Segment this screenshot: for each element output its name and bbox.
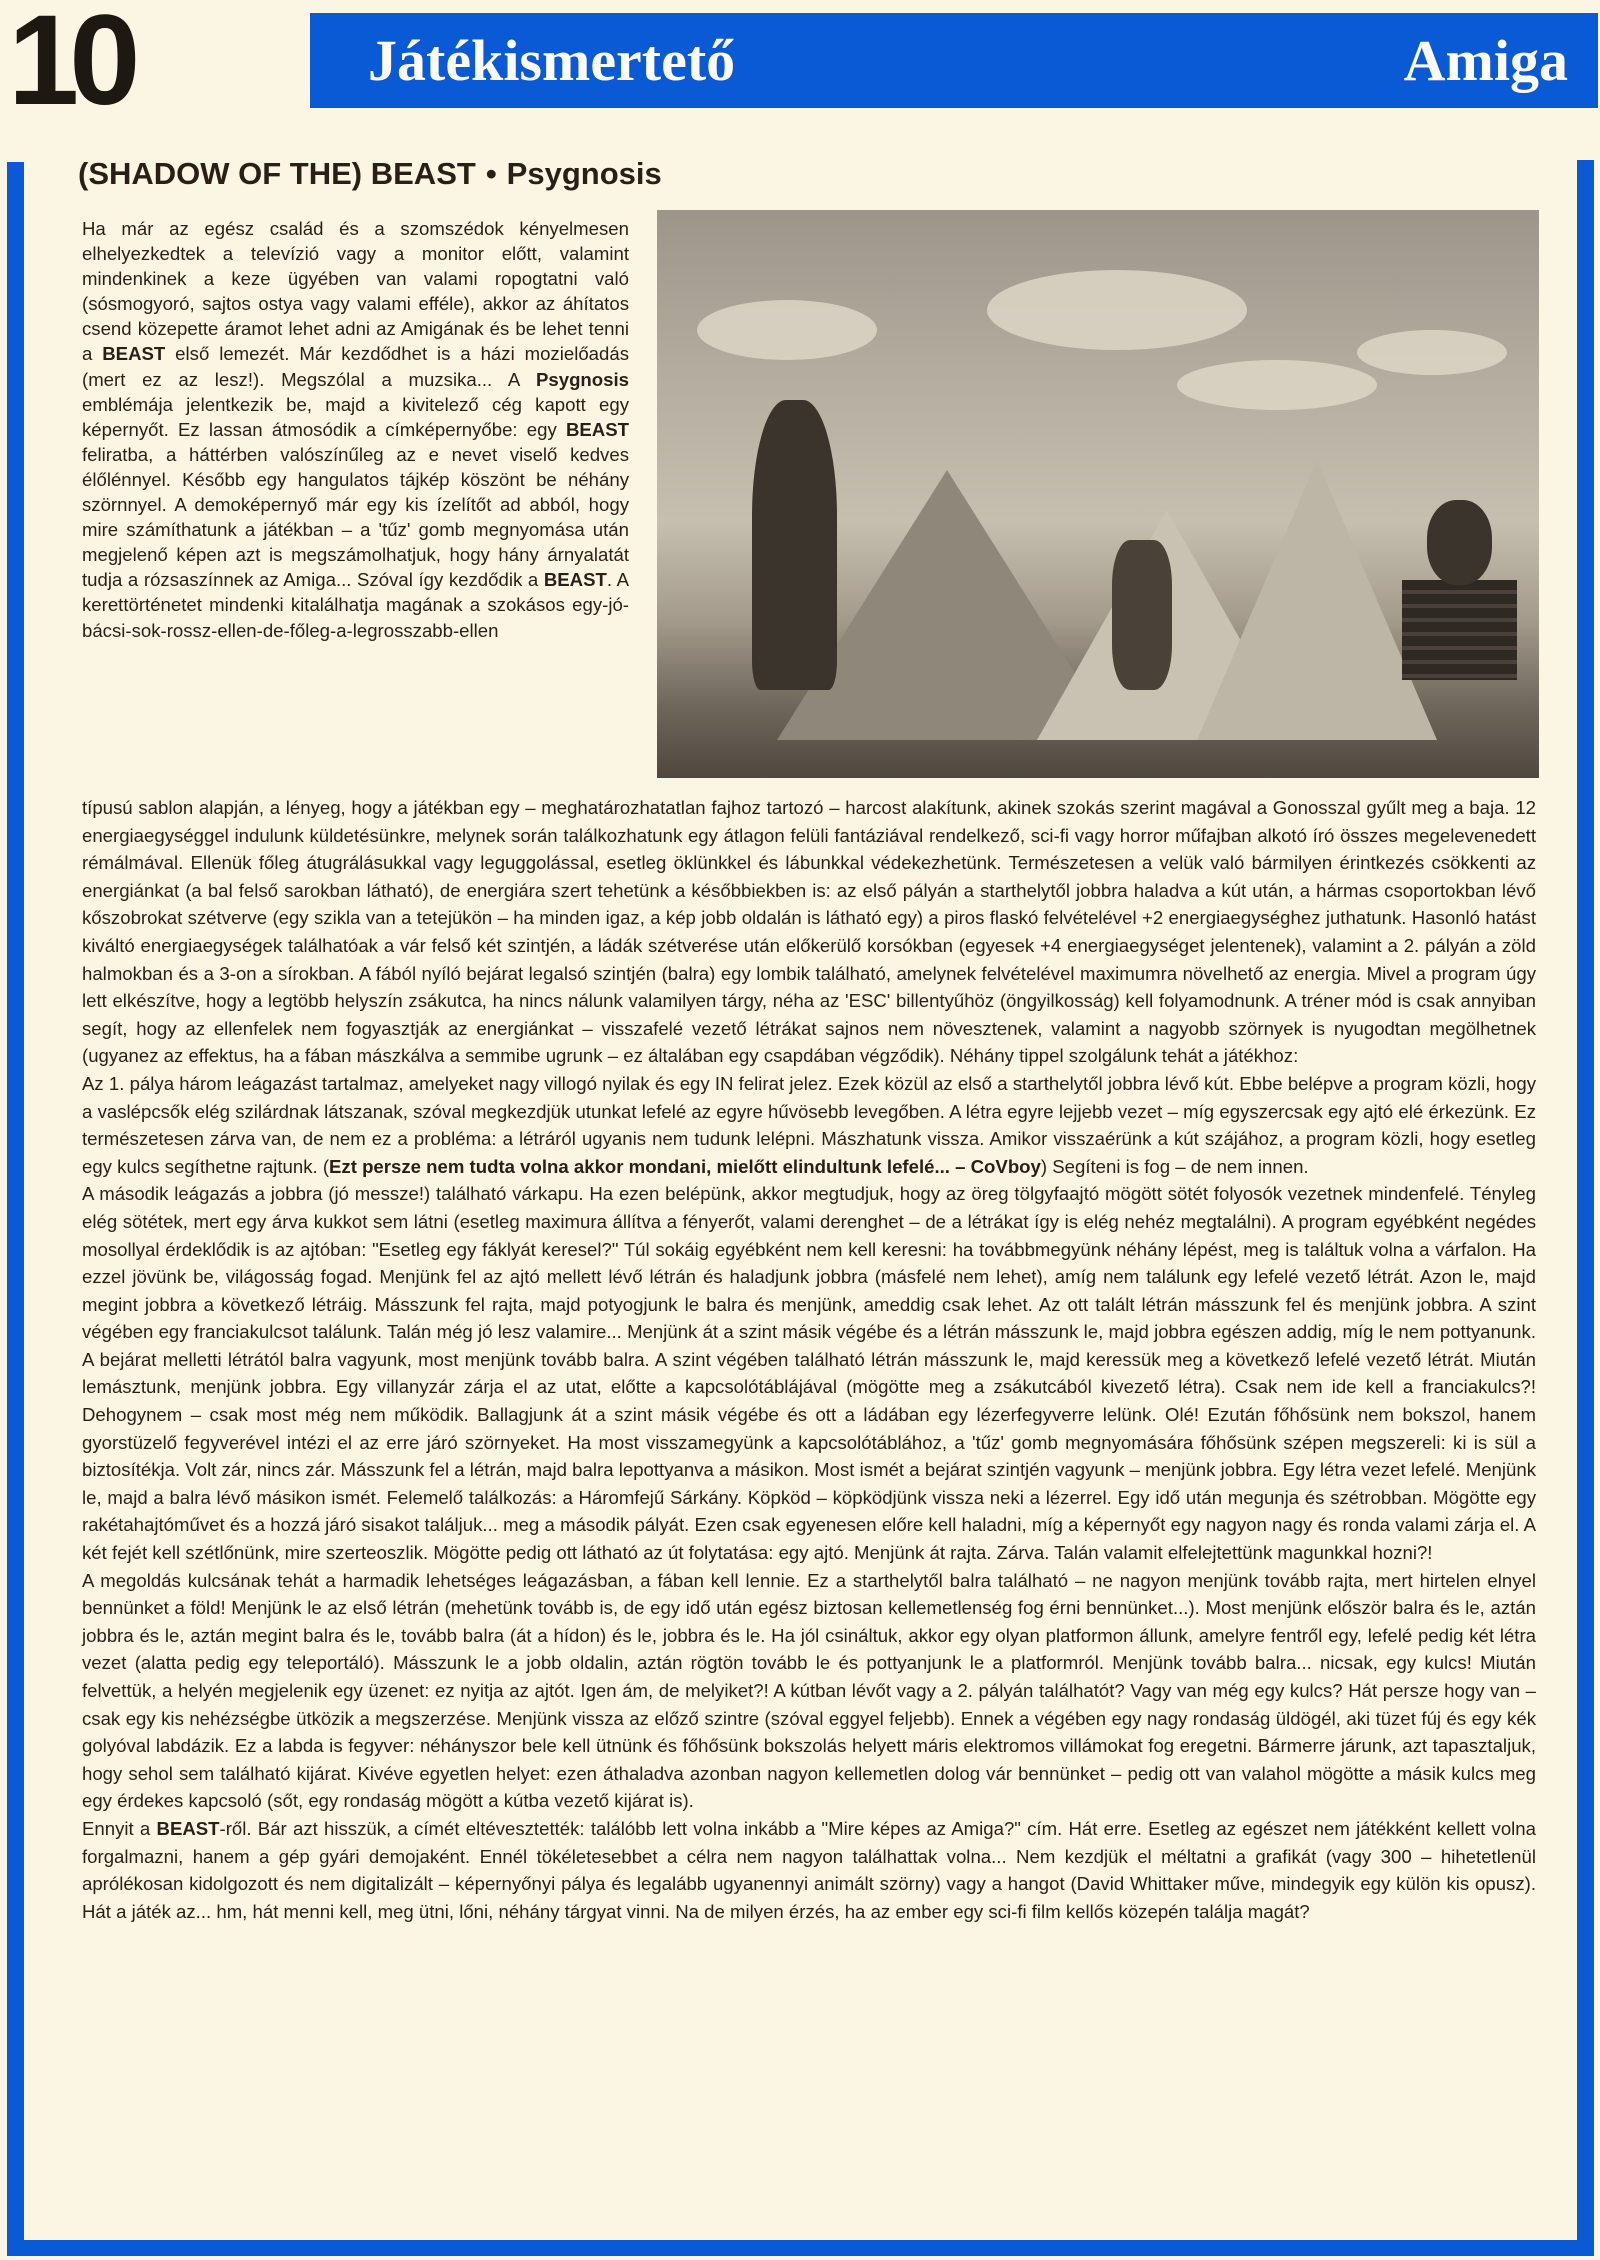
- body-paragraph: típusú sablon alapján, a lényeg, hogy a …: [82, 794, 1536, 1070]
- hero-warrior: [1112, 540, 1172, 690]
- frame-border-bottom: [7, 2240, 1594, 2256]
- intro-bold-beast: BEAST: [102, 343, 165, 364]
- bold-beast: BEAST: [157, 1818, 220, 1839]
- intro-bold-psygnosis: Psygnosis: [536, 369, 629, 390]
- body-text: ) Segíteni is fog – de nem innen.: [1041, 1156, 1309, 1177]
- body-text: -ről. Bár azt hisszük, a címét eltéveszt…: [82, 1818, 1536, 1922]
- editor-note-bold: Ezt persze nem tudta volna akkor mondani…: [329, 1156, 1041, 1177]
- frame-border-right: [1577, 160, 1594, 2256]
- frame-border-left: [7, 162, 24, 2256]
- game-screenshot: [657, 210, 1539, 778]
- publisher-name: Psygnosis: [507, 156, 662, 191]
- title-bullet: •: [486, 156, 497, 191]
- intro-text: emblémája jelentkezik be, majd a kivitel…: [82, 394, 629, 440]
- section-header-band: Játékismertető Amiga: [310, 13, 1598, 108]
- beast-creature: [752, 400, 837, 690]
- article-body: típusú sablon alapján, a lényeg, hogy a …: [82, 794, 1536, 1925]
- body-text: Ennyit a: [82, 1818, 157, 1839]
- intro-bold-beast: BEAST: [544, 569, 607, 590]
- article-title: (SHADOW OF THE) BEAST•Psygnosis: [78, 156, 662, 192]
- body-paragraph: Ennyit a BEAST-ről. Bár azt hisszük, a c…: [82, 1815, 1536, 1925]
- platform-label: Amiga: [1404, 32, 1568, 90]
- body-paragraph: Az 1. pálya három leágazást tartalmaz, a…: [82, 1070, 1536, 1180]
- body-paragraph: A második leágazás a jobbra (jó messze!)…: [82, 1180, 1536, 1566]
- section-title: Játékismertető: [368, 32, 735, 90]
- stone-totem: [1402, 580, 1517, 680]
- intro-bold-beast: BEAST: [566, 419, 629, 440]
- page-number: 10: [8, 6, 130, 116]
- intro-paragraph: Ha már az egész család és a szomszédok k…: [82, 216, 629, 643]
- game-title: (SHADOW OF THE) BEAST: [78, 156, 476, 191]
- body-paragraph: A megoldás kulcsának tehát a harmadik le…: [82, 1567, 1536, 1815]
